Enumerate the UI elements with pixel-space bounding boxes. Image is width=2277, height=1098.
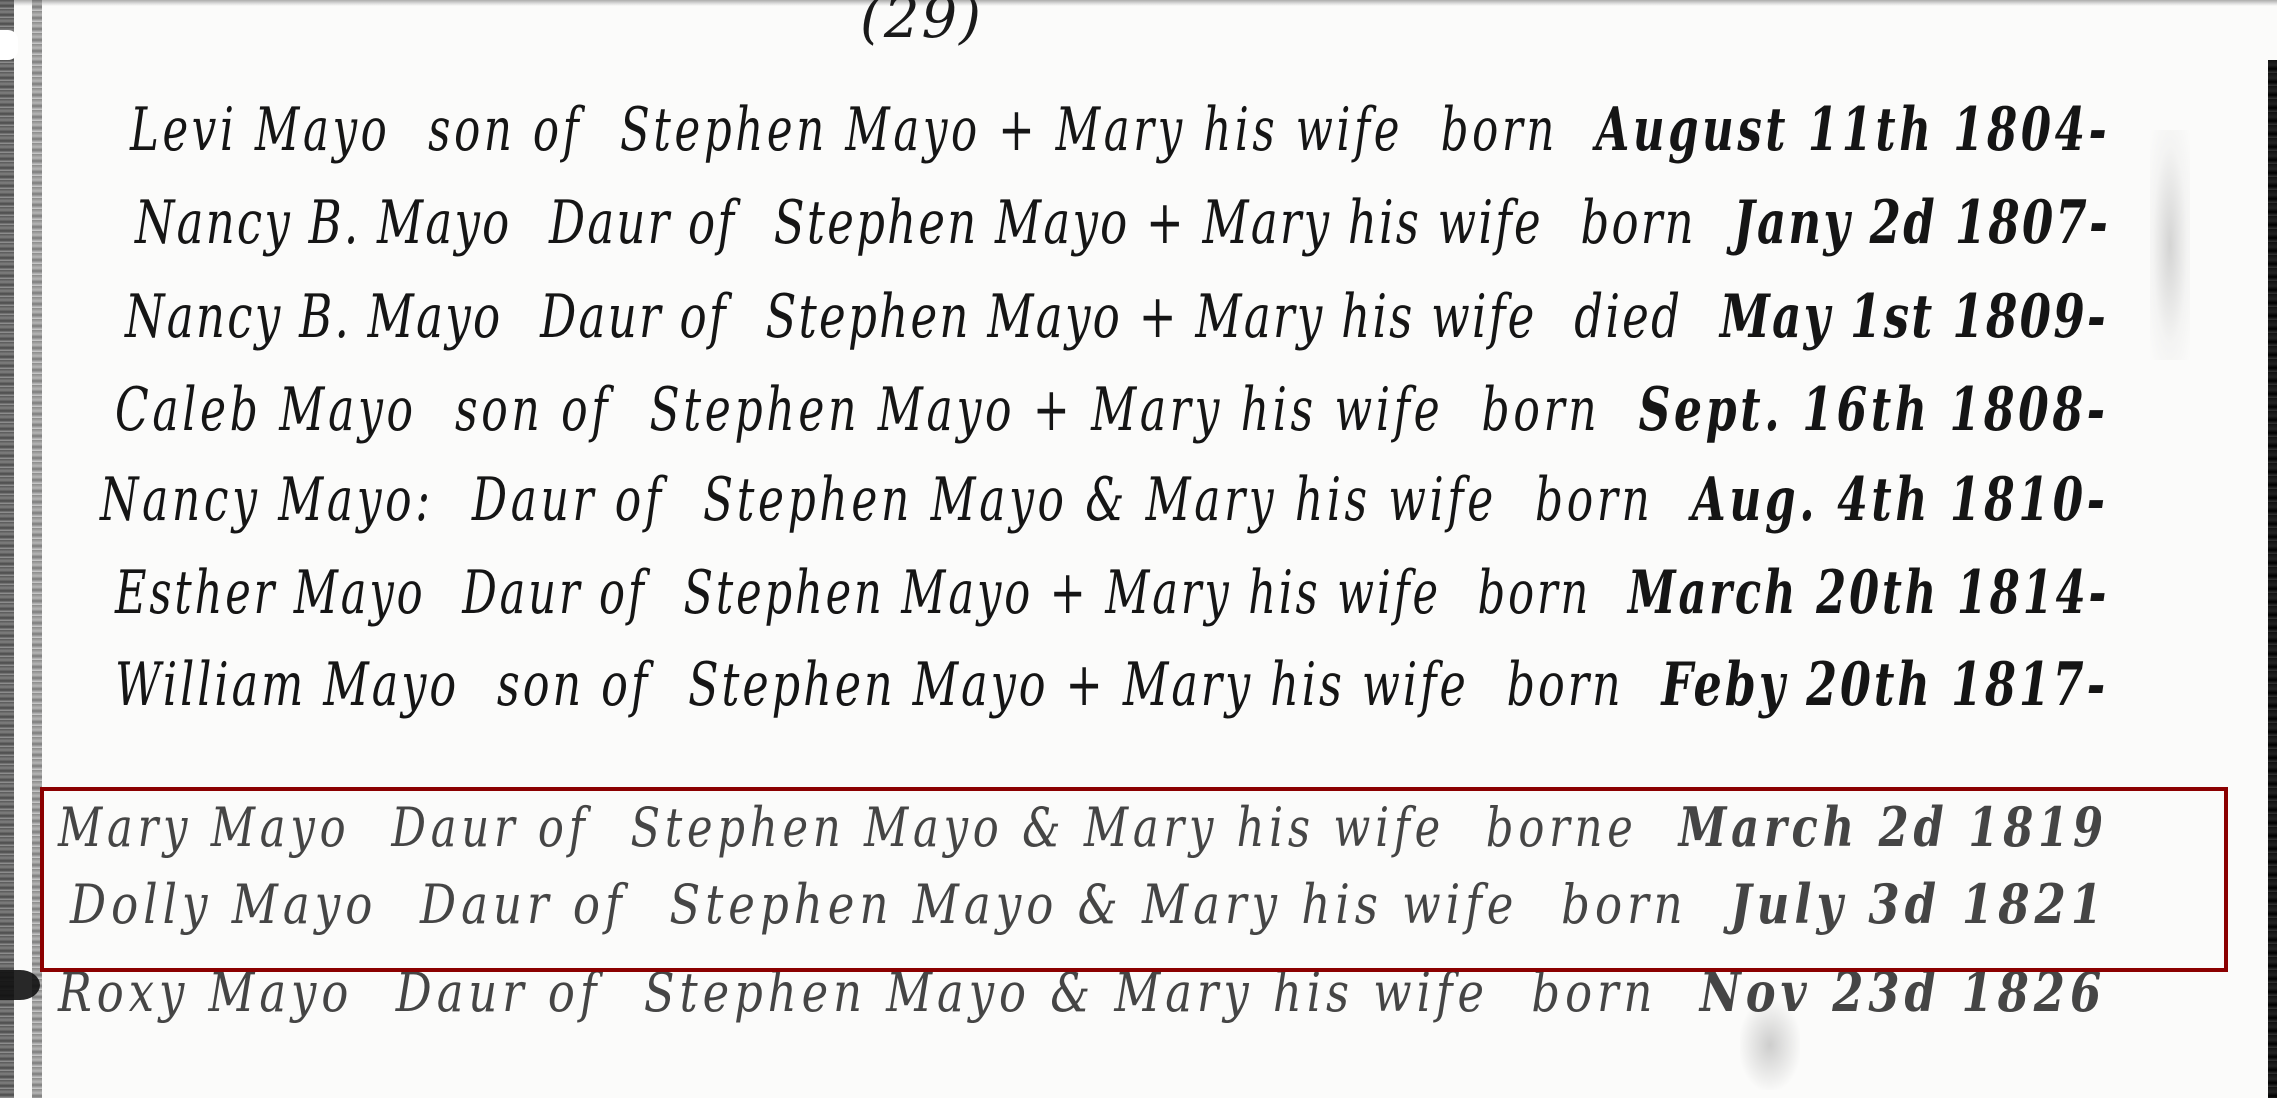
register-entry: Nancy Mayo: Daur of Stephen Mayo & Mary … bbox=[100, 465, 2129, 535]
entry-parents: Stephen Mayo & Mary his wife bbox=[703, 465, 1497, 535]
entry-relation: Daur of bbox=[396, 961, 602, 1024]
entry-name: Mary Mayo bbox=[58, 796, 350, 859]
page-margin-line bbox=[32, 0, 42, 1098]
register-entry-highlighted: Mary Mayo Daur of Stephen Mayo & Mary hi… bbox=[58, 795, 2130, 859]
entry-event: born bbox=[1535, 465, 1653, 535]
page-right-edge bbox=[2268, 60, 2277, 1098]
entry-date: Nov 23d 1826 bbox=[1700, 960, 2106, 1024]
binding-notch bbox=[0, 30, 18, 60]
entry-relation: Daur of bbox=[391, 796, 589, 859]
entry-parents: Stephen Mayo + Mary his wife bbox=[683, 558, 1440, 628]
register-entry: Esther Mayo Daur of Stephen Mayo + Mary … bbox=[115, 558, 2129, 628]
entry-event: born bbox=[1478, 558, 1592, 628]
register-entry: Caleb Mayo son of Stephen Mayo + Mary hi… bbox=[115, 375, 2129, 445]
register-entry: Levi Mayo son of Stephen Mayo + Mary his… bbox=[130, 95, 2131, 165]
entry-relation: son of bbox=[455, 375, 611, 445]
entry-name: Dolly Mayo bbox=[70, 873, 377, 936]
entry-name: William Mayo bbox=[115, 650, 459, 720]
entry-parents: Stephen Mayo & Mary his wife bbox=[644, 961, 1489, 1024]
entry-name: Nancy Mayo: bbox=[100, 465, 434, 535]
entry-name: Levi Mayo bbox=[130, 95, 390, 165]
entry-parents: Stephen Mayo & Mary his wife bbox=[669, 873, 1518, 936]
entry-relation: son of bbox=[497, 650, 650, 720]
entry-event: born bbox=[1482, 375, 1601, 445]
register-entry: Nancy B. Mayo Daur of Stephen Mayo + Mar… bbox=[135, 188, 2131, 258]
entry-parents: Stephen Mayo + Mary his wife bbox=[650, 375, 1444, 445]
entry-parents: Stephen Mayo & Mary his wife bbox=[630, 796, 1445, 859]
entry-name: Nancy B. Mayo bbox=[135, 188, 511, 258]
entry-name: Nancy B. Mayo bbox=[125, 282, 502, 352]
entry-date: Sept. 16th 1808- bbox=[1639, 375, 2109, 445]
entry-event: born bbox=[1531, 961, 1657, 1024]
entry-date: March 2d 1819 bbox=[1679, 795, 2108, 859]
ink-blot bbox=[0, 970, 40, 1000]
entry-date: March 20th 1814- bbox=[1628, 558, 2109, 628]
entry-date: July 3d 1821 bbox=[1730, 872, 2107, 936]
entry-relation: Daur of bbox=[540, 282, 728, 352]
entry-name: Roxy Mayo bbox=[58, 961, 353, 1024]
entry-relation: son of bbox=[428, 95, 582, 165]
register-page: (29) Levi Mayo son of Stephen Mayo + Mar… bbox=[0, 0, 2277, 1098]
entry-relation: Daur of bbox=[462, 558, 647, 628]
paper-stain bbox=[2150, 130, 2190, 360]
entry-date: Jany 2d 1807- bbox=[1733, 188, 2110, 258]
entry-parents: Stephen Mayo + Mary his wife bbox=[620, 95, 1403, 165]
register-entry-highlighted: Dolly Mayo Daur of Stephen Mayo & Mary h… bbox=[70, 872, 2131, 936]
entry-date: Aug. 4th 1810- bbox=[1692, 465, 2109, 535]
entry-event: born bbox=[1580, 188, 1695, 258]
entry-name: Esther Mayo bbox=[115, 558, 425, 628]
entry-relation: Daur of bbox=[472, 465, 665, 535]
entry-date: August 11th 1804- bbox=[1596, 95, 2111, 165]
entry-event: died bbox=[1574, 282, 1682, 352]
entry-relation: Daur of bbox=[420, 873, 627, 936]
entry-parents: Stephen Mayo + Mary his wife bbox=[688, 650, 1469, 720]
entry-date: May 1st 1809- bbox=[1720, 282, 2108, 352]
entry-event: borne bbox=[1486, 796, 1638, 859]
entry-date: Feby 20th 1817- bbox=[1661, 650, 2108, 720]
entry-event: born bbox=[1507, 650, 1624, 720]
entry-event: born bbox=[1441, 95, 1558, 165]
binding-edge bbox=[0, 0, 14, 1098]
entry-parents: Stephen Mayo + Mary his wife bbox=[765, 282, 1536, 352]
entry-relation: Daur of bbox=[549, 188, 736, 258]
register-entry: William Mayo son of Stephen Mayo + Mary … bbox=[115, 650, 2129, 720]
entry-name: Caleb Mayo bbox=[115, 375, 417, 445]
page-top-edge bbox=[0, 0, 2277, 6]
page-number: (29) bbox=[860, 0, 983, 51]
register-entry: Roxy Mayo Daur of Stephen Mayo & Mary hi… bbox=[58, 960, 2129, 1024]
register-entry: Nancy B. Mayo Daur of Stephen Mayo + Mar… bbox=[125, 282, 2129, 352]
entry-parents: Stephen Mayo + Mary his wife bbox=[774, 188, 1543, 258]
entry-event: born bbox=[1561, 873, 1687, 936]
